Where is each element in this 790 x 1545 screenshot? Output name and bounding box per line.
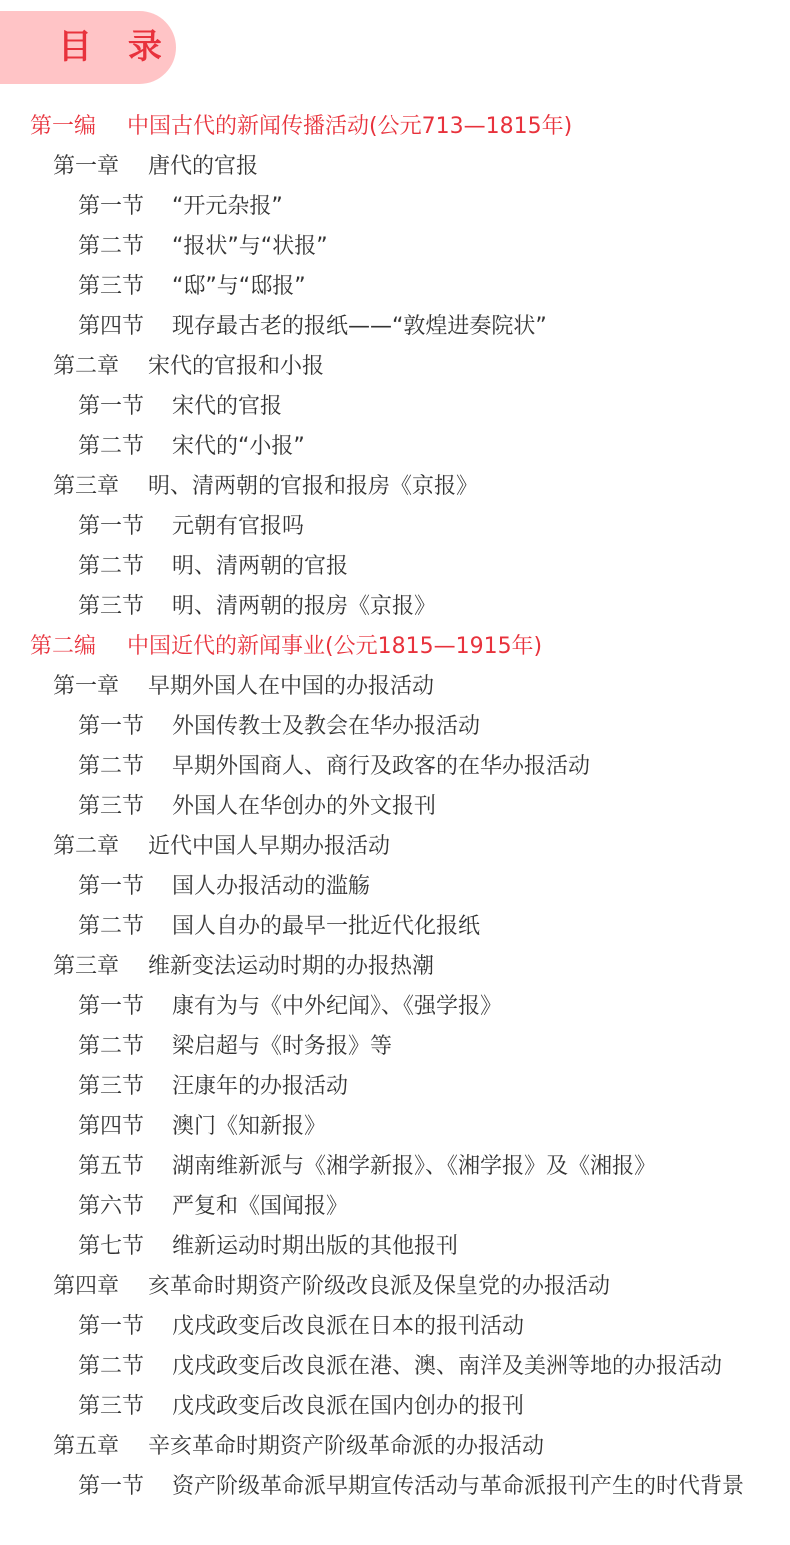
- toc-section[interactable]: 第四节澳门《知新报》: [0, 1107, 790, 1147]
- toc-title: 澳门《知新报》: [172, 1107, 752, 1147]
- toc-label: 第一节: [78, 867, 172, 907]
- toc-label: 第三节: [78, 267, 172, 307]
- toc-title: 国人办报活动的滥觞: [172, 867, 752, 907]
- toc-label: 第一节: [78, 507, 172, 547]
- toc-label: 第七节: [78, 1227, 172, 1267]
- toc-title: 唐代的官报: [148, 147, 728, 187]
- toc-title: 梁启超与《时务报》等: [172, 1027, 752, 1067]
- toc-section[interactable]: 第二节早期外国商人、商行及政客的在华办报活动: [0, 747, 790, 787]
- toc-chapter[interactable]: 第二章宋代的官报和小报: [0, 347, 790, 387]
- toc-title: 宋代的官报: [172, 387, 752, 427]
- toc-section[interactable]: 第七节维新运动时期出版的其他报刊: [0, 1227, 790, 1267]
- toc-title: “邸”与“邸报”: [172, 267, 752, 307]
- toc-title: 亥革命时期资产阶级改良派及保皇党的办报活动: [148, 1267, 728, 1307]
- toc-section[interactable]: 第二节明、清两朝的官报: [0, 547, 790, 587]
- toc-section[interactable]: 第一节元朝有官报吗: [0, 507, 790, 547]
- toc-title: 戊戌政变后改良派在港、澳、南洋及美洲等地的办报活动: [172, 1347, 752, 1387]
- toc-title: 外国人在华创办的外文报刊: [172, 787, 752, 827]
- toc-label: 第一节: [78, 1467, 172, 1507]
- toc-title: “报状”与“状报”: [172, 227, 752, 267]
- toc-chapter[interactable]: 第二章近代中国人早期办报活动: [0, 827, 790, 867]
- toc-chapter[interactable]: 第四章亥革命时期资产阶级改良派及保皇党的办报活动: [0, 1267, 790, 1307]
- toc-section[interactable]: 第六节严复和《国闻报》: [0, 1187, 790, 1227]
- toc-title: 维新变法运动时期的办报热潮: [148, 947, 728, 987]
- toc-title: 辛亥革命时期资产阶级革命派的办报活动: [148, 1427, 728, 1467]
- toc-chapter[interactable]: 第三章维新变法运动时期的办报热潮: [0, 947, 790, 987]
- toc-section[interactable]: 第一节“开元杂报”: [0, 187, 790, 227]
- toc-label: 第一节: [78, 987, 172, 1027]
- toc-label: 第四节: [78, 307, 172, 347]
- toc-title: 中国古代的新闻传播活动(公元713—1815年): [127, 107, 707, 147]
- toc-title: 戊戌政变后改良派在日本的报刊活动: [172, 1307, 752, 1347]
- toc-label: 第二节: [78, 427, 172, 467]
- table-of-contents: 第一编中国古代的新闻传播活动(公元713—1815年) 第一章唐代的官报 第一节…: [0, 107, 790, 1507]
- toc-section[interactable]: 第五节湖南维新派与《湘学新报》、《湘学报》及《湘报》: [0, 1147, 790, 1187]
- toc-label: 第三章: [53, 467, 148, 507]
- toc-title: 近代中国人早期办报活动: [148, 827, 728, 867]
- toc-section[interactable]: 第二节国人自办的最早一批近代化报纸: [0, 907, 790, 947]
- toc-label: 第三节: [78, 587, 172, 627]
- toc-label: 第六节: [78, 1187, 172, 1227]
- toc-title: 康有为与《中外纪闻》、《强学报》: [172, 987, 752, 1027]
- toc-title: 中国近代的新闻事业(公元1815—1915年): [127, 627, 707, 667]
- toc-section[interactable]: 第一节国人办报活动的滥觞: [0, 867, 790, 907]
- toc-title: 汪康年的办报活动: [172, 1067, 752, 1107]
- toc-label: 第二节: [78, 227, 172, 267]
- toc-section[interactable]: 第一节戊戌政变后改良派在日本的报刊活动: [0, 1307, 790, 1347]
- toc-title: 明、清两朝的官报: [172, 547, 752, 587]
- toc-title: 明、清两朝的报房《京报》: [172, 587, 752, 627]
- toc-section[interactable]: 第三节“邸”与“邸报”: [0, 267, 790, 307]
- toc-label: 第一编: [30, 107, 127, 147]
- toc-label: 第二编: [30, 627, 127, 667]
- toc-title: 国人自办的最早一批近代化报纸: [172, 907, 752, 947]
- toc-label: 第四节: [78, 1107, 172, 1147]
- toc-chapter[interactable]: 第一章早期外国人在中国的办报活动: [0, 667, 790, 707]
- toc-title: 戊戌政变后改良派在国内创办的报刊: [172, 1387, 752, 1427]
- toc-chapter[interactable]: 第一章唐代的官报: [0, 147, 790, 187]
- toc-title: 早期外国商人、商行及政客的在华办报活动: [172, 747, 752, 787]
- toc-title: 现存最古老的报纸——“敦煌进奏院状”: [172, 307, 752, 347]
- toc-section[interactable]: 第三节明、清两朝的报房《京报》: [0, 587, 790, 627]
- toc-part[interactable]: 第一编中国古代的新闻传播活动(公元713—1815年): [0, 107, 790, 147]
- toc-label: 第二节: [78, 747, 172, 787]
- toc-title: 宋代的官报和小报: [148, 347, 728, 387]
- toc-label: 第五章: [53, 1427, 148, 1467]
- toc-title: 早期外国人在中国的办报活动: [148, 667, 728, 707]
- toc-section[interactable]: 第三节汪康年的办报活动: [0, 1067, 790, 1107]
- toc-section[interactable]: 第一节外国传教士及教会在华办报活动: [0, 707, 790, 747]
- toc-label: 第二节: [78, 1347, 172, 1387]
- toc-label: 第二章: [53, 827, 148, 867]
- toc-title: 宋代的“小报”: [172, 427, 752, 467]
- toc-label: 第一节: [78, 187, 172, 227]
- toc-title: 元朝有官报吗: [172, 507, 752, 547]
- toc-section[interactable]: 第二节宋代的“小报”: [0, 427, 790, 467]
- page-title: 目 录: [58, 11, 174, 84]
- toc-title: 外国传教士及教会在华办报活动: [172, 707, 752, 747]
- toc-title: 维新运动时期出版的其他报刊: [172, 1227, 752, 1267]
- toc-section[interactable]: 第二节梁启超与《时务报》等: [0, 1027, 790, 1067]
- toc-label: 第三节: [78, 1067, 172, 1107]
- toc-label: 第一节: [78, 707, 172, 747]
- toc-label: 第一章: [53, 147, 148, 187]
- toc-section[interactable]: 第四节现存最古老的报纸——“敦煌进奏院状”: [0, 307, 790, 347]
- toc-label: 第一章: [53, 667, 148, 707]
- toc-label: 第五节: [78, 1147, 172, 1187]
- toc-title: 资产阶级革命派早期宣传活动与革命派报刊产生的时代背景: [172, 1467, 752, 1507]
- toc-label: 第一节: [78, 387, 172, 427]
- toc-label: 第四章: [53, 1267, 148, 1307]
- toc-label: 第一节: [78, 1307, 172, 1347]
- toc-section[interactable]: 第三节戊戌政变后改良派在国内创办的报刊: [0, 1387, 790, 1427]
- toc-chapter[interactable]: 第五章辛亥革命时期资产阶级革命派的办报活动: [0, 1427, 790, 1467]
- toc-title: 湖南维新派与《湘学新报》、《湘学报》及《湘报》: [172, 1147, 752, 1187]
- toc-section[interactable]: 第一节资产阶级革命派早期宣传活动与革命派报刊产生的时代背景: [0, 1467, 790, 1507]
- toc-label: 第二章: [53, 347, 148, 387]
- toc-label: 第三节: [78, 1387, 172, 1427]
- toc-section[interactable]: 第二节戊戌政变后改良派在港、澳、南洋及美洲等地的办报活动: [0, 1347, 790, 1387]
- toc-label: 第二节: [78, 1027, 172, 1067]
- toc-label: 第三节: [78, 787, 172, 827]
- toc-section[interactable]: 第三节外国人在华创办的外文报刊: [0, 787, 790, 827]
- toc-label: 第二节: [78, 907, 172, 947]
- toc-section[interactable]: 第二节“报状”与“状报”: [0, 227, 790, 267]
- toc-section[interactable]: 第一节康有为与《中外纪闻》、《强学报》: [0, 987, 790, 1027]
- toc-title: “开元杂报”: [172, 187, 752, 227]
- toc-title: 明、清两朝的官报和报房《京报》: [148, 467, 728, 507]
- toc-chapter[interactable]: 第三章明、清两朝的官报和报房《京报》: [0, 467, 790, 507]
- toc-label: 第三章: [53, 947, 148, 987]
- toc-section[interactable]: 第一节宋代的官报: [0, 387, 790, 427]
- toc-part[interactable]: 第二编中国近代的新闻事业(公元1815—1915年): [0, 627, 790, 667]
- toc-title: 严复和《国闻报》: [172, 1187, 752, 1227]
- toc-label: 第二节: [78, 547, 172, 587]
